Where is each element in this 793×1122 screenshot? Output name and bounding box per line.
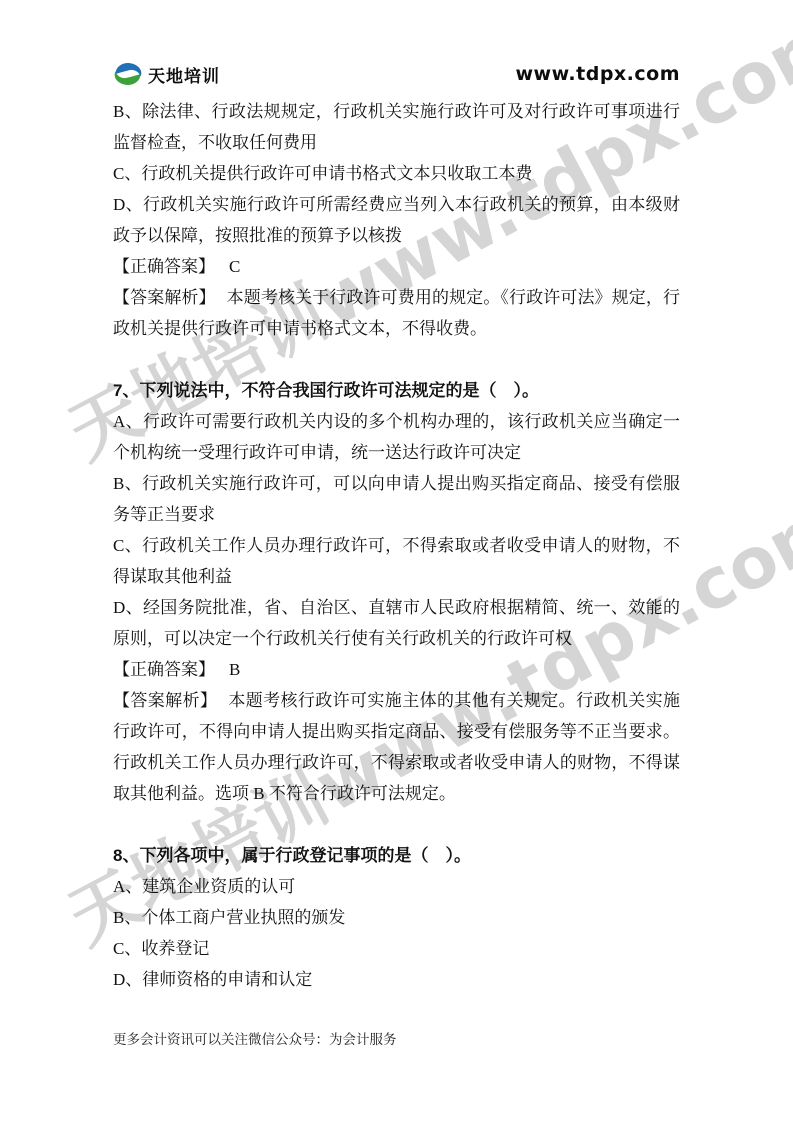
q6-analysis-label: 【答案解析】 bbox=[113, 288, 216, 307]
section-spacer bbox=[113, 344, 680, 375]
q8-option-a: A、建筑企业资质的认可 bbox=[113, 871, 680, 902]
site-url: www.tdpx.com bbox=[515, 63, 680, 85]
q8-option-c: C、收养登记 bbox=[113, 933, 680, 964]
q7-option-a: A、行政许可需要行政机关内设的多个机构办理的，该行政机关应当确定一个机构统一受理… bbox=[113, 406, 680, 468]
q7-option-c: C、行政机关工作人员办理行政许可，不得索取或者收受申请人的财物，不得谋取其他利益 bbox=[113, 530, 680, 592]
q7-answer-label: 【正确答案】 bbox=[113, 660, 215, 679]
q8-option-d: D、律师资格的申请和认定 bbox=[113, 964, 680, 995]
q7-answer-line: 【正确答案】B bbox=[113, 654, 680, 685]
q6-answer-line: 【正确答案】C bbox=[113, 251, 680, 282]
q6-option-c: C、行政机关提供行政许可申请书格式文本只收取工本费 bbox=[113, 158, 680, 189]
q7-option-b: B、行政机关实施行政许可，可以向申请人提出购买指定商品、接受有偿服务等正当要求 bbox=[113, 468, 680, 530]
page-footer: 更多会计资讯可以关注微信公众号：为会计服务 bbox=[113, 1030, 397, 1050]
q7-title: 7、下列说法中，不符合我国行政许可法规定的是（ ）。 bbox=[113, 375, 680, 406]
q8-title: 8、下列各项中，属于行政登记事项的是（ ）。 bbox=[113, 840, 680, 871]
q6-answer-label: 【正确答案】 bbox=[113, 257, 215, 276]
q6-analysis-line: 【答案解析】本题考核关于行政许可费用的规定。《行政许可法》规定，行政机关提供行政… bbox=[113, 282, 680, 344]
brand-logo: 天地培训 bbox=[113, 61, 220, 87]
document-content: B、除法律、行政法规规定，行政机关实施行政许可及对行政许可事项进行监督检查，不收… bbox=[113, 96, 680, 995]
brand-swirl-icon bbox=[113, 61, 143, 87]
q7-option-d: D、经国务院批准，省、自治区、直辖市人民政府根据精简、统一、效能的原则，可以决定… bbox=[113, 592, 680, 654]
q7-analysis-label: 【答案解析】 bbox=[113, 691, 217, 710]
document-page: 天地培训www.tdpx.com 天地培训www.tdpx.com 天地培训 w… bbox=[0, 0, 793, 1122]
q6-answer-value: C bbox=[229, 257, 240, 276]
q8-option-b: B、个体工商户营业执照的颁发 bbox=[113, 902, 680, 933]
q6-option-b: B、除法律、行政法规规定，行政机关实施行政许可及对行政许可事项进行监督检查，不收… bbox=[113, 96, 680, 158]
page-header: 天地培训 www.tdpx.com bbox=[113, 56, 680, 92]
brand-logo-text: 天地培训 bbox=[148, 62, 220, 87]
q7-analysis-line: 【答案解析】本题考核行政许可实施主体的其他有关规定。行政机关实施行政许可，不得向… bbox=[113, 685, 680, 809]
section-spacer bbox=[113, 809, 680, 840]
footer-note: 更多会计资讯可以关注微信公众号：为会计服务 bbox=[113, 1030, 397, 1050]
q6-option-d: D、行政机关实施行政许可所需经费应当列入本行政机关的预算，由本级财政予以保障，按… bbox=[113, 189, 680, 251]
q7-answer-value: B bbox=[229, 660, 240, 679]
